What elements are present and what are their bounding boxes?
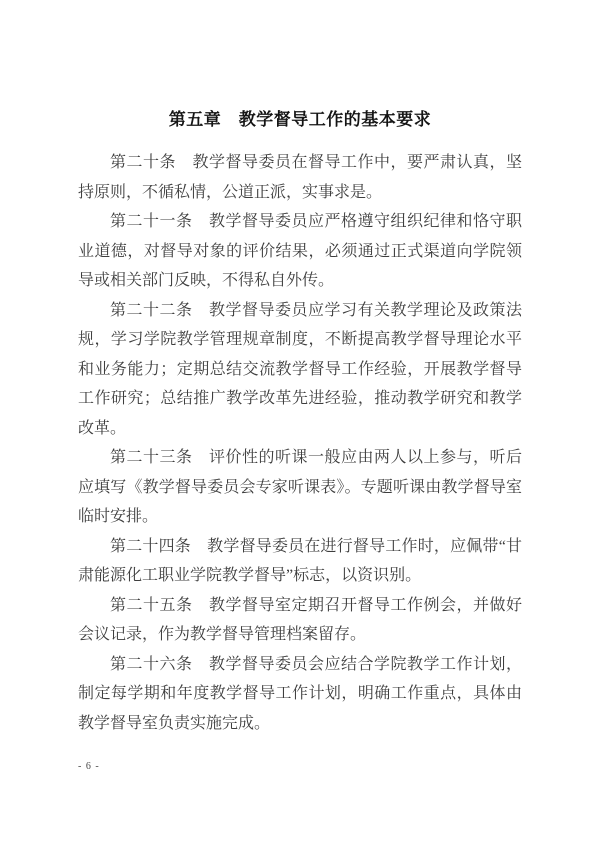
paragraph-article-26: 第二十六条 教学督导委员会应结合学院教学工作计划，制定每学期和年度教学督导工作计… bbox=[78, 650, 522, 739]
document-page: 第五章 教学督导工作的基本要求 第二十条 教学督导委员在督导工作中，要严肃认真，… bbox=[0, 0, 600, 849]
chapter-title: 第五章 教学督导工作的基本要求 bbox=[0, 107, 600, 133]
document-body: 第二十条 教学督导委员在督导工作中，要严肃认真，坚持原则，不循私情，公道正派，实… bbox=[78, 148, 522, 738]
paragraph-article-21: 第二十一条 教学督导委员应严格遵守组织纪律和恪守职业道德，对督导对象的评价结果，… bbox=[78, 207, 522, 296]
paragraph-article-22: 第二十二条 教学督导委员应学习有关教学理论及政策法规，学习学院教学管理规章制度，… bbox=[78, 296, 522, 444]
paragraph-article-25: 第二十五条 教学督导室定期召开督导工作例会，并做好会议记录，作为教学督导管理档案… bbox=[78, 591, 522, 650]
page-number: - 6 - bbox=[78, 761, 100, 772]
paragraph-article-20: 第二十条 教学督导委员在督导工作中，要严肃认真，坚持原则，不循私情，公道正派，实… bbox=[78, 148, 522, 207]
paragraph-article-24: 第二十四条 教学督导委员在进行督导工作时，应佩带“甘肃能源化工职业学院教学督导”… bbox=[78, 532, 522, 591]
paragraph-article-23: 第二十三条 评价性的听课一般应由两人以上参与，听后应填写《教学督导委员会专家听课… bbox=[78, 443, 522, 532]
